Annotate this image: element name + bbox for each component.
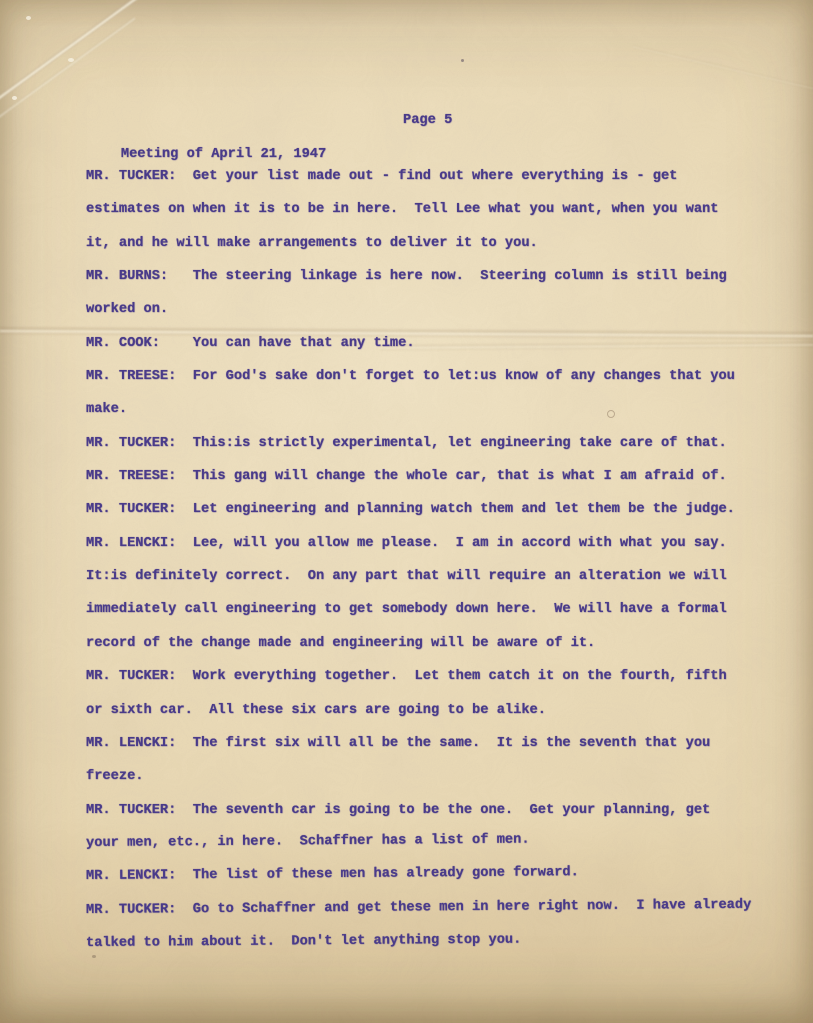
transcript-line: MR. TUCKER: Let engineering and planning… [86, 493, 813, 526]
transcript-line: MR. TUCKER: Get your list made out - fin… [86, 160, 813, 193]
transcript-line: MR. LENCKI: The first six will all be th… [86, 727, 813, 760]
transcript-line: immediately call engineering to get some… [86, 593, 813, 626]
document-header: Meeting of April 21, 1947 Page 5 [88, 104, 326, 138]
transcript-line: worked on. [86, 293, 813, 326]
transcript-line: or sixth car. All these six cars are goi… [86, 694, 813, 727]
transcript-line: talked to him about it. Don't let anythi… [86, 921, 813, 960]
transcript-line: MR. LENCKI: The list of these men has al… [86, 854, 813, 893]
transcript-line: It:is definitely correct. On any part th… [86, 560, 813, 593]
transcript-line: MR. LENCKI: Lee, will you allow me pleas… [86, 527, 813, 560]
transcript-line: MR. TUCKER: This:is strictly experimenta… [86, 427, 813, 460]
transcript-line: MR. BURNS: The steering linkage is here … [86, 260, 813, 293]
transcript-line: MR. TUCKER: Work everything together. Le… [86, 660, 813, 693]
transcript-line: it, and he will make arrangements to del… [86, 227, 813, 260]
paper-speck [12, 96, 17, 100]
transcript-line: record of the change made and engineerin… [86, 627, 813, 660]
transcript-line: MR. TUCKER: Go to Schaffner and get thes… [86, 888, 813, 927]
transcript-line: make. [86, 393, 813, 426]
document-page: Meeting of April 21, 1947 Page 5 MR. TUC… [0, 0, 813, 1023]
transcript-line: freeze. [86, 760, 813, 793]
transcript: MR. TUCKER: Get your list made out - fin… [86, 160, 813, 960]
paper-speck [68, 58, 74, 62]
transcript-line: MR. TREESE: For God's sake don't forget … [86, 360, 813, 393]
transcript-line: MR. TREESE: This gang will change the wh… [86, 460, 813, 493]
transcript-line: estimates on when it is to be in here. T… [86, 193, 813, 226]
paper-speck [461, 59, 464, 62]
corner-crease-mark [632, 44, 813, 101]
transcript-line: MR. COOK: You can have that any time. [86, 327, 813, 360]
page-number: Page 5 [403, 104, 452, 138]
paper-speck [26, 16, 31, 20]
corner-crease-mark [0, 0, 172, 114]
